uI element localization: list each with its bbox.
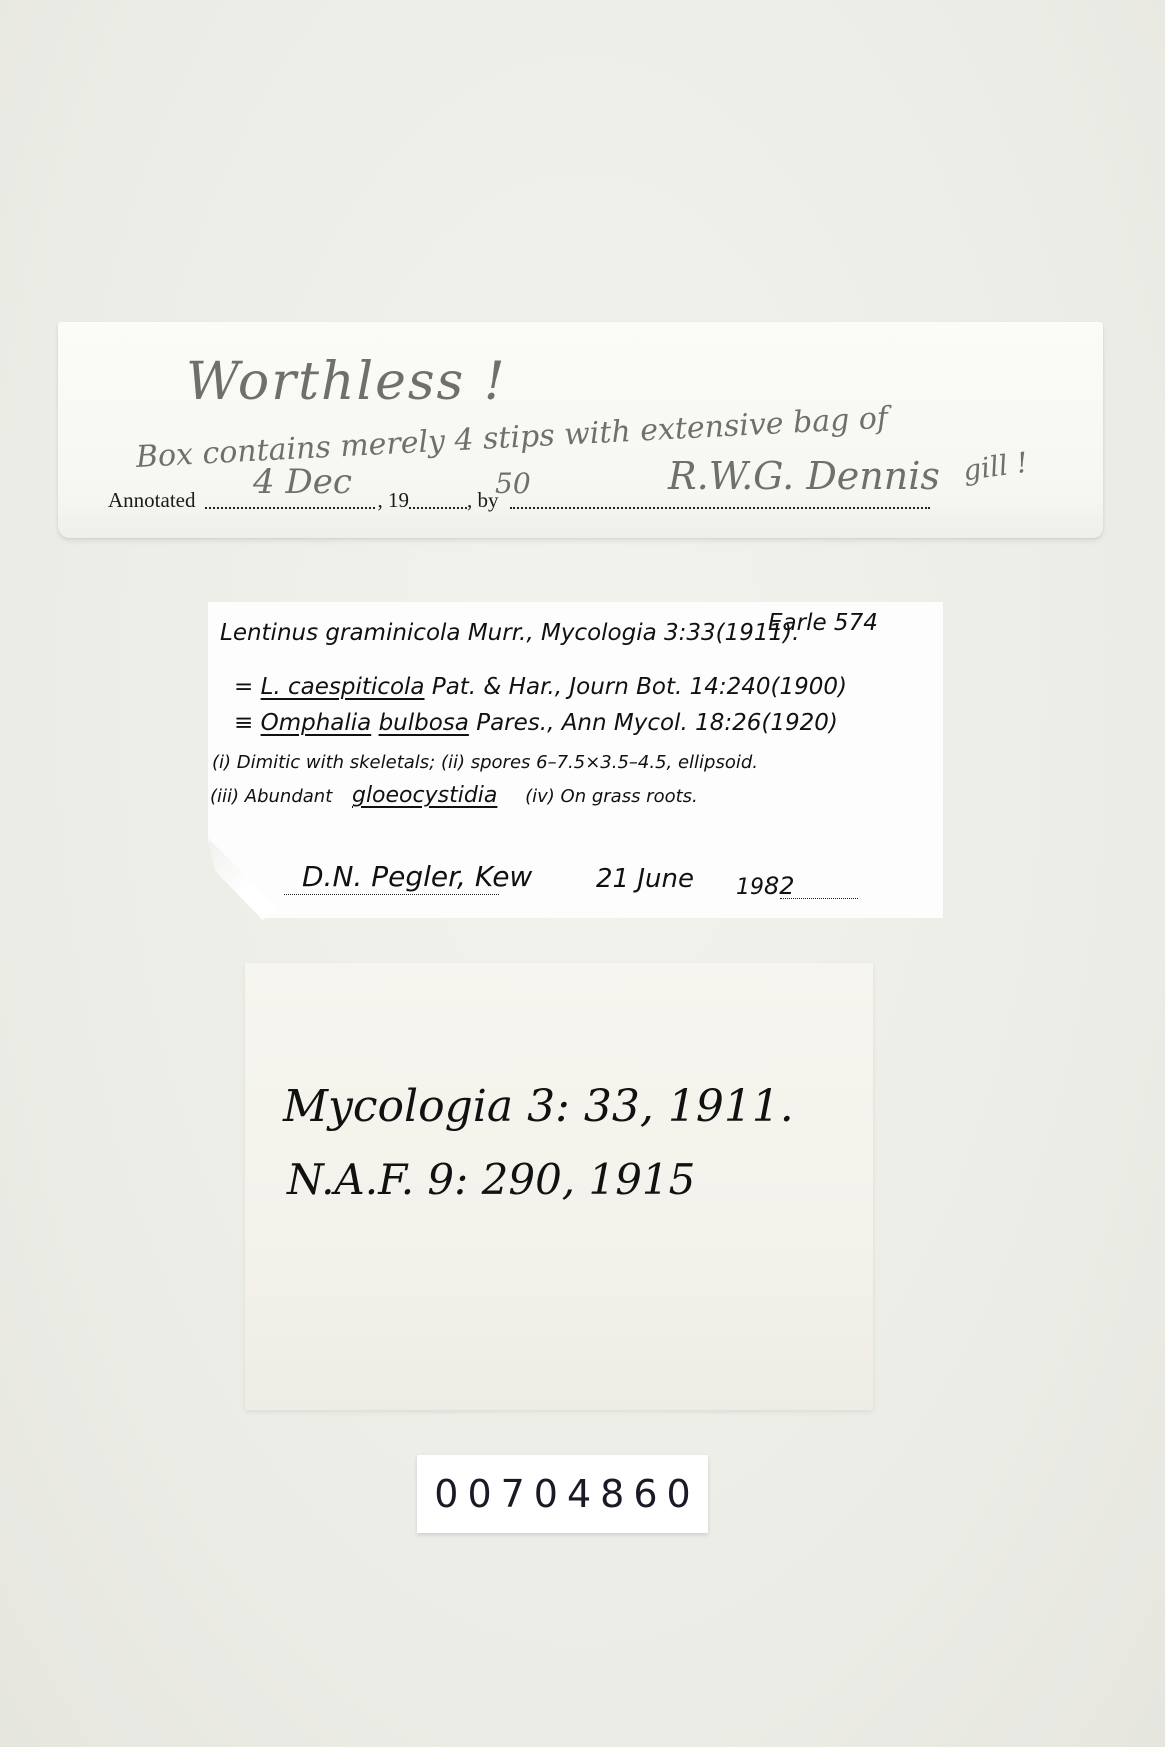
character-notes-1: (i) Dimitic with skeletals; (ii) spores … — [212, 752, 758, 773]
reference-line-2: N.A.F. 9: 290, 1915 — [287, 1155, 695, 1204]
annotator-signature: R.W.G. Dennis — [668, 454, 940, 498]
catalog-number-label: 00704860 — [417, 1455, 708, 1533]
determiner-signature: D.N. Pegler, Kew — [302, 860, 532, 893]
synonym-citation: Pat. & Har., Journ Bot. 14:240(1900) — [432, 674, 847, 700]
note-suffix: (iv) On grass roots. — [525, 786, 698, 807]
catalog-number: 00704860 — [425, 1472, 699, 1516]
synonym-line-1: = L. caespiticola Pat. & Har., Journ Bot… — [234, 674, 847, 700]
reference-line-1: Mycologia 3: 33, 1911. — [283, 1081, 794, 1132]
reference-slip: Mycologia 3: 33, 1911. N.A.F. 9: 290, 19… — [245, 963, 873, 1410]
determination-date: 21 June — [596, 864, 694, 894]
annotation-day-month: 4 Dec — [253, 462, 352, 502]
year-dotted-line — [780, 882, 858, 899]
annotation-year: 50 — [495, 467, 531, 500]
synonym-line-2: ≡ Omphalia bulbosa Pares., Ann Mycol. 18… — [234, 710, 838, 736]
synonym-symbol: = — [234, 674, 253, 700]
year-prefix: 19 — [736, 875, 764, 900]
annotation-note-end: gill ! — [961, 446, 1030, 488]
character-notes-2: (iii) Abundant gloeocystidia (iv) On gra… — [210, 783, 698, 808]
note-term: gloeocystidia — [352, 783, 497, 808]
synonym-name: L. caespiticola — [261, 674, 425, 700]
synonym-genus: Omphalia — [261, 710, 372, 736]
synonym-symbol: ≡ — [234, 710, 253, 736]
synonym-epithet: bulbosa — [379, 710, 469, 736]
taxon-name-line: Lentinus graminicola Murr., Mycologia 3:… — [220, 620, 799, 646]
year-prefix: 19 — [388, 488, 409, 513]
year-dotted-line — [409, 491, 467, 509]
determination-slip: Earle 574 Lentinus graminicola Murr., My… — [208, 602, 943, 918]
note-prefix: (iii) Abundant — [210, 786, 332, 807]
annotation-remark: Worthless ! — [186, 352, 507, 412]
annotated-label: Annotated — [108, 488, 195, 513]
synonym-citation: Pares., Ann Mycol. 18:26(1920) — [476, 710, 838, 736]
annotation-slip: Worthless ! Box contains merely 4 stips … — [58, 322, 1103, 538]
